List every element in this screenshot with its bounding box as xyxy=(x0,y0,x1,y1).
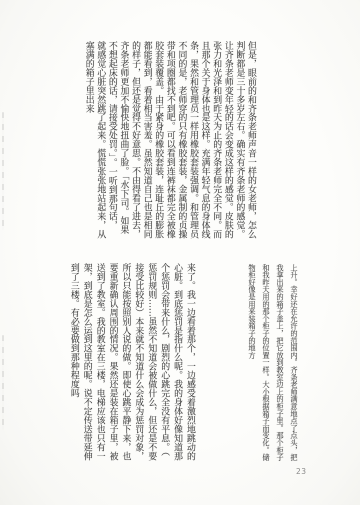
paragraph-bottom-second: 来了。我一边看着那个，一边感受着激烈地跳动的 心脏。到底惩罚是指什么呢。我的身体… xyxy=(67,263,196,463)
scanned-book-page: 但是，眼前的和齐条老师声音一样的女老师，怎么 判断都是三十多岁左右。确实有齐条老… xyxy=(0,0,360,505)
page-number: 23 xyxy=(296,467,307,476)
paragraph-top: 但是，眼前的和齐条老师声音一样的女老师，怎么 判断都是三十多岁左右。确实有齐条老… xyxy=(82,41,256,241)
scan-edge-artifact xyxy=(2,112,4,230)
paragraph-bottom-first: 上升。幸好还在允许的范围内。齐条老师满意地点了点头，把 我拿出来的箱子盖上，把它… xyxy=(245,264,301,464)
scan-edge-artifact xyxy=(2,335,4,430)
